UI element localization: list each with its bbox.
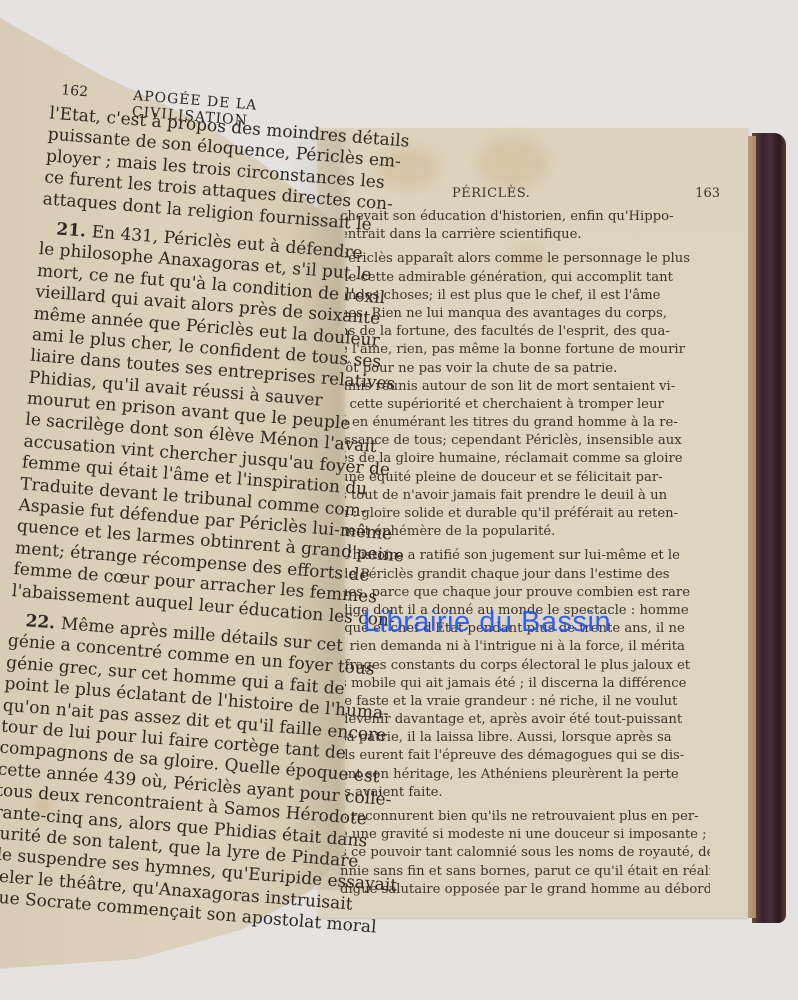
- text-line: s ce pouvoir tant calomnié sous les noms…: [340, 844, 710, 862]
- text-line: sa patrie, il la laissa libre. Aussi, lo…: [340, 729, 710, 747]
- text-line: s reconnurent bien qu'ils ne retrouvaien…: [340, 808, 710, 826]
- text-line: é en énumérant les titres du grand homme…: [340, 414, 710, 432]
- text-line: le faste et la vraie grandeur : né riche…: [340, 693, 710, 711]
- text-line: devenir davantage et, après avoir été to…: [340, 711, 710, 729]
- watermark-text: Librairie du Bassin: [363, 606, 611, 639]
- book-photo: PÉRICLÈS. 163 chevait son éducation d'hi…: [0, 0, 798, 1000]
- book-cover-spine: [752, 133, 786, 923]
- section-number: 21.: [56, 219, 93, 242]
- page-number: 163: [695, 186, 720, 201]
- text-line: ils eurent fait l'épreuve des démagogues…: [340, 747, 710, 765]
- text-line: nes, parce que chaque jour prouve combie…: [340, 584, 710, 602]
- text-line: Périclès apparaît alors comme le personn…: [340, 250, 710, 268]
- page-number: 162: [61, 82, 89, 100]
- left-page-content: 162 APOGÉE DE LA CIVILISATION l'Etat, c'…: [0, 82, 357, 932]
- text-line: ls avaient faite.: [340, 784, 710, 802]
- text-line: nes. Rien ne lui manqua des avantages du…: [340, 305, 710, 323]
- text-line: ent son héritage, les Athéniens pleurère…: [340, 766, 710, 784]
- text-line: n : gloire solide et durable qu'il préfé…: [340, 505, 710, 523]
- text-line: andes choses; il est plus que le chef, i…: [340, 287, 710, 305]
- section-number: 22.: [25, 611, 62, 634]
- text-line: ns de la fortune, des facultés de l'espr…: [340, 323, 710, 341]
- text-line: issance de tous; cependant Périclès, ins…: [340, 432, 710, 450]
- running-title: PÉRICLÈS.: [452, 186, 530, 201]
- text-line: és de la gloire humaine, réclamait comme…: [340, 450, 710, 468]
- text-line: t cette supériorité et cherchaient à tro…: [340, 396, 710, 414]
- text-line: de cette admirable génération, qui accom…: [340, 269, 710, 287]
- text-line: s tout de n'avoir jamais fait prendre le…: [340, 487, 710, 505]
- text-line: e une gravité si modeste ni une douceur …: [340, 826, 710, 844]
- text-line: entrait dans la carrière scientifique.: [340, 226, 710, 244]
- text-line: une équité pleine de douceur et se félic…: [340, 469, 710, 487]
- text-line: nent éphémère de la popularité.: [340, 523, 710, 541]
- text-line: ffrages constants du corps électoral le …: [340, 657, 710, 675]
- left-page-text: l'Etat, c'est à propos des moindres déta…: [0, 103, 355, 932]
- text-line: e l'âme, rien, pas même la bonne fortune…: [340, 341, 710, 359]
- text-line: s mobile qui ait jamais été ; il discern…: [340, 675, 710, 693]
- text-line: t rien demanda ni à l'intrigue ni à la f…: [340, 638, 710, 656]
- text-line: de Périclès grandit chaque jour dans l'e…: [340, 566, 710, 584]
- text-line: chevait son éducation d'historien, enfin…: [340, 208, 710, 226]
